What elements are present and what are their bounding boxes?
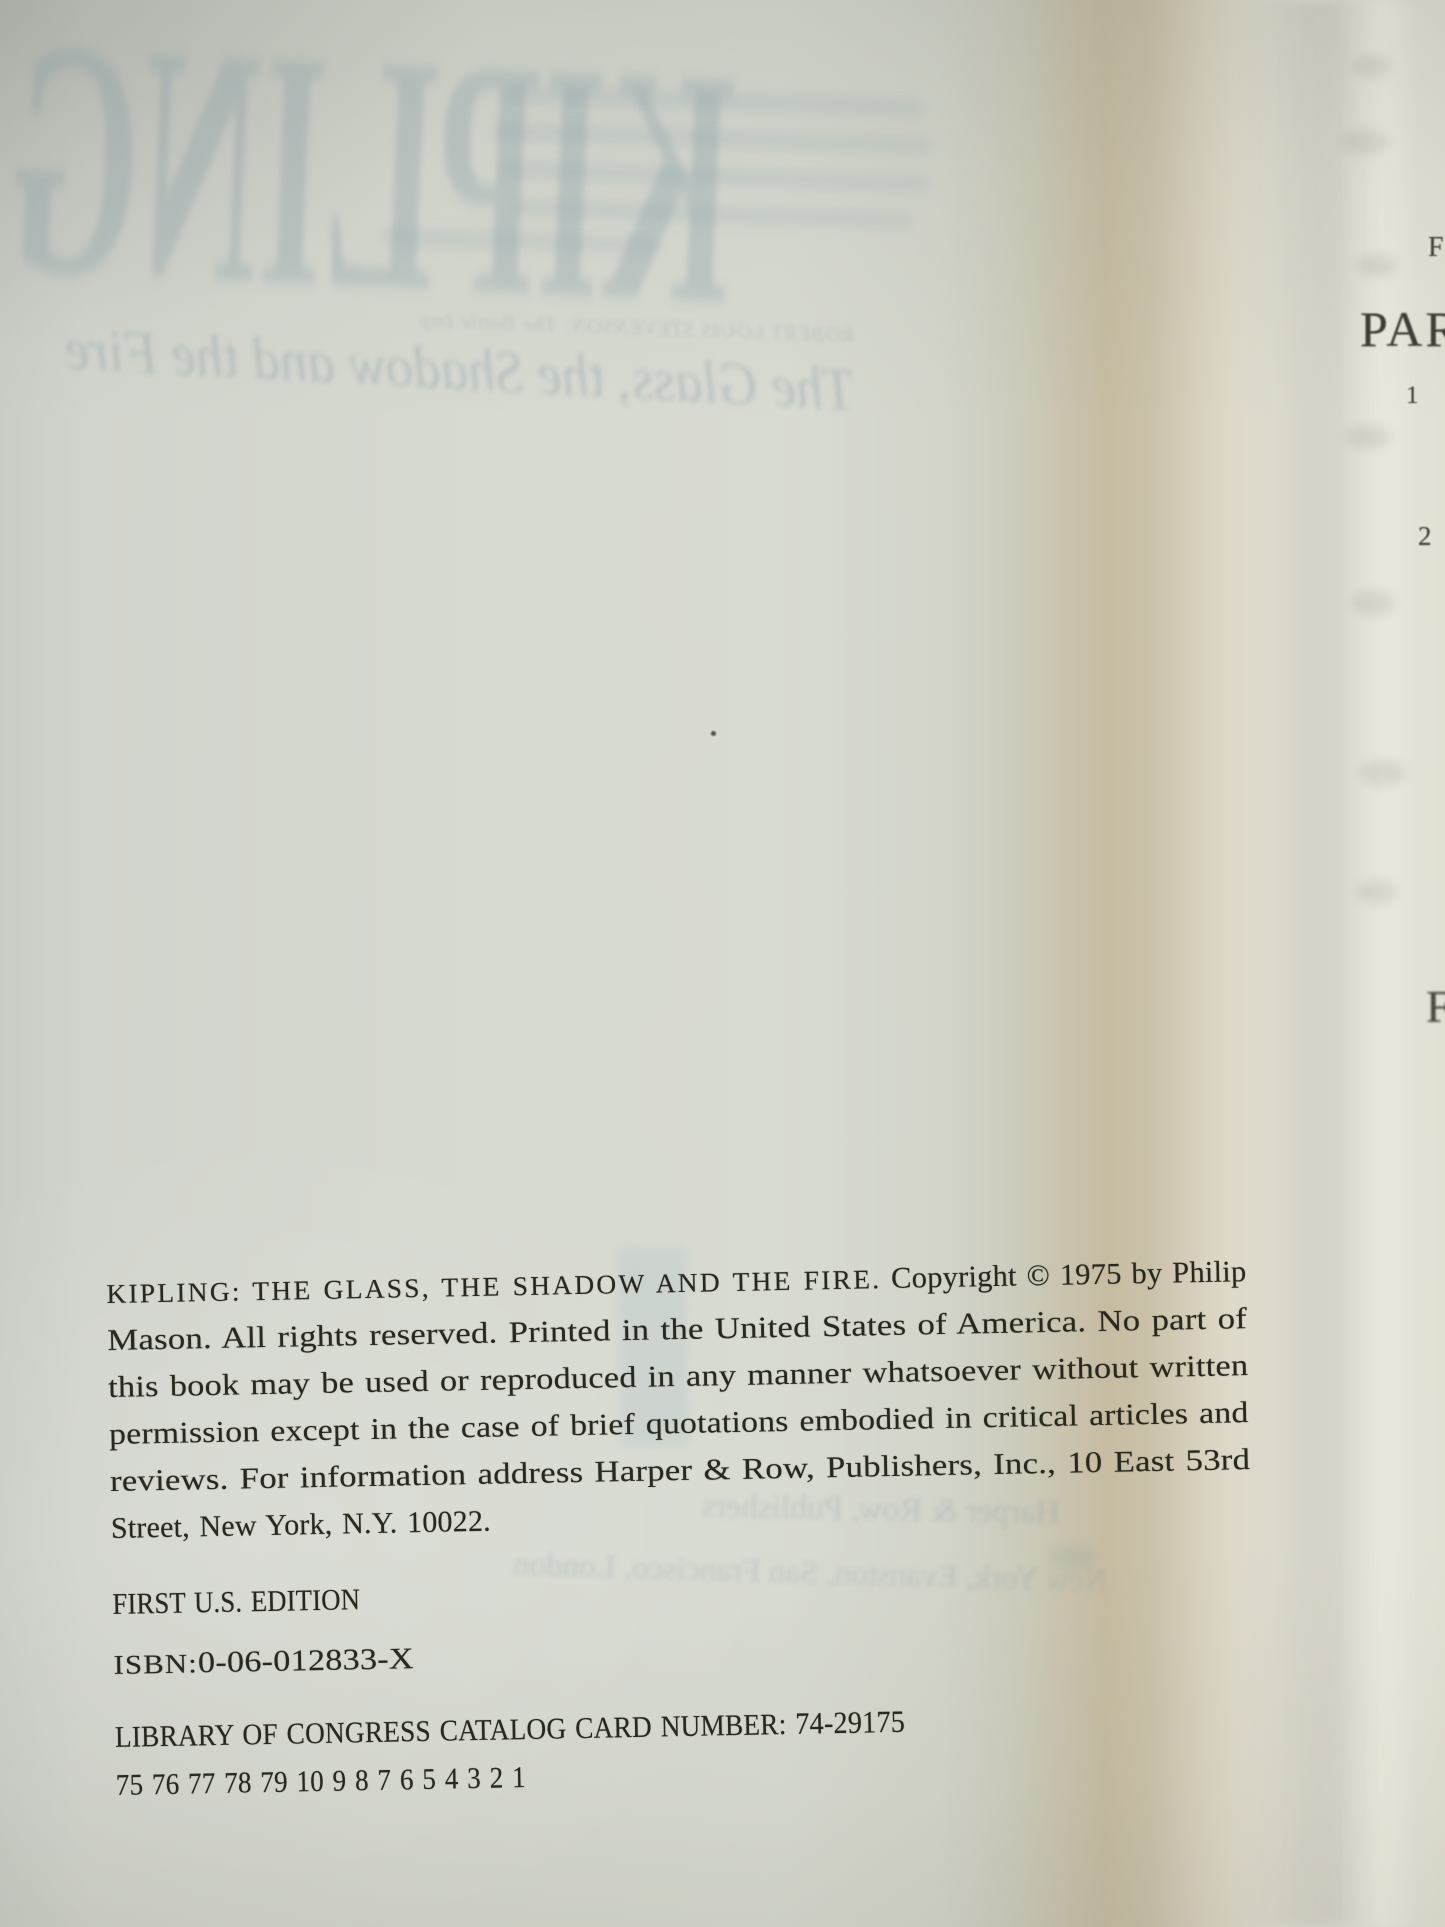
isbn-label: ISBN: bbox=[113, 1648, 198, 1680]
loc-value: 74-29175 bbox=[795, 1704, 905, 1741]
notice-line-6: Street, New York, N.Y. 10022. bbox=[111, 1502, 492, 1549]
book-photo: KIPLING ROBERT LOUIS STEVENSON: The Bott… bbox=[0, 0, 1445, 1927]
notice-line-1-rest: Copyright © 1975 by Philip bbox=[881, 1255, 1247, 1295]
library-of-congress-line: LIBRARY OF CONGRESS CATALOG CARD NUMBER:… bbox=[115, 1702, 906, 1758]
printing-history-line: 75 76 77 78 79 10 9 8 7 6 5 4 3 2 1 bbox=[115, 1758, 526, 1806]
isbn-line: ISBN:0-06-012833-X bbox=[113, 1639, 414, 1685]
notice-line-1-caps: KIPLING: THE GLASS, THE SHADOW AND THE F… bbox=[106, 1264, 881, 1309]
facing-page-bleed-blob bbox=[1352, 590, 1394, 616]
facing-page-letter-partial-top: F bbox=[1428, 232, 1444, 264]
isbn-value: 0-06-012833-X bbox=[198, 1642, 414, 1679]
facing-page-letter-partial-mid: F bbox=[1426, 980, 1445, 1033]
bleed-through-blob bbox=[1050, 1545, 1096, 1571]
loc-label: LIBRARY OF CONGRESS CATALOG CARD NUMBER: bbox=[115, 1708, 787, 1754]
dust-speck bbox=[711, 731, 716, 736]
copyright-page-imprint: KIPLING: THE GLASS, THE SHADOW AND THE F… bbox=[106, 1249, 1297, 1832]
facing-page-item-number-2: 2 bbox=[1418, 521, 1432, 552]
facing-page-bleed-blob bbox=[1352, 55, 1392, 77]
facing-page-heading-partial: PAR bbox=[1360, 300, 1445, 358]
facing-page-bleed-blob bbox=[1360, 760, 1404, 786]
facing-page-bleed-blob bbox=[1346, 425, 1390, 449]
facing-page-bleed-blob bbox=[1356, 880, 1396, 904]
page-curve-highlight bbox=[1340, 0, 1420, 1927]
facing-page-bleed-blob bbox=[1356, 255, 1396, 277]
facing-page-bleed-blob bbox=[1342, 130, 1388, 154]
facing-page-item-number-1: 1 bbox=[1406, 382, 1419, 410]
edition-statement: FIRST U.S. EDITION bbox=[112, 1580, 360, 1625]
